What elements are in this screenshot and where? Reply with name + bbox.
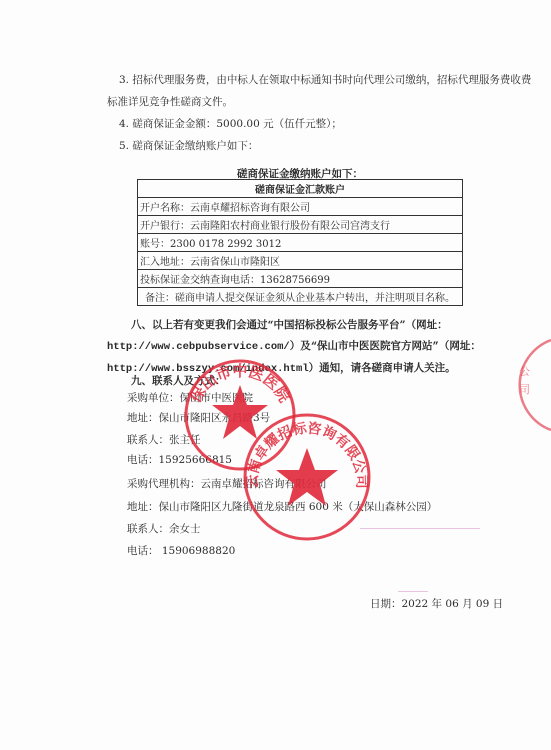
document-date: 日期：2022 年 06 月 09 日 bbox=[370, 597, 503, 611]
table-header: 磋商保证金汇款账户 bbox=[138, 180, 463, 198]
agency-contact: 联系人：余女士 bbox=[127, 522, 201, 536]
section8-line1: 八、以上若有变更我们会通过“中国招标投标公告服务平台”（网址： bbox=[131, 318, 448, 332]
decorative-line bbox=[398, 591, 428, 592]
table-row: 开户银行：云南隆阳农村商业银行股份有限公司宫湾支行 bbox=[138, 216, 463, 234]
section8-line2: http://www.cebpubservice.com/）及“保山市中医医院官… bbox=[107, 340, 481, 354]
item5-account-intro: 5. 磋商保证金缴纳账户如下： bbox=[119, 139, 258, 153]
item3-line2: 标准详见竞争性磋商文件。 bbox=[107, 95, 233, 109]
table-row: 投标保证金交纳查询电话：13628756699 bbox=[138, 270, 463, 288]
svg-text:公: 公 bbox=[519, 365, 530, 378]
table-note: 备注：磋商申请人提交保证金须从企业基本户转出，并注明项目名称。 bbox=[138, 288, 463, 306]
agency-phone: 电话： 15906988820 bbox=[127, 544, 235, 558]
table-row: 汇入地址：云南省保山市隆阳区 bbox=[138, 252, 463, 270]
deposit-account-table: 磋商保证金汇款账户 开户名称：云南卓耀招标咨询有限公司 开户银行：云南隆阳农村商… bbox=[137, 179, 463, 306]
item4-deposit-amount: 4. 磋商保证金金额：5000.00 元（伍仟元整）； bbox=[119, 117, 342, 131]
agency-seal-icon: 云南卓耀招标咨询有限公司 bbox=[240, 410, 375, 545]
item3-line1: 3. 招标代理服务费，由中标人在领取中标通知书时向代理公司缴纳，招标代理服务费收… bbox=[119, 73, 531, 87]
svg-text:司: 司 bbox=[519, 383, 530, 396]
table-row: 开户名称：云南卓耀招标咨询有限公司 bbox=[138, 198, 463, 216]
decorative-line bbox=[360, 528, 480, 529]
partial-seal-icon: 公 司 bbox=[505, 335, 551, 435]
table-row: 账号：2300 0178 2992 3012 bbox=[138, 234, 463, 252]
